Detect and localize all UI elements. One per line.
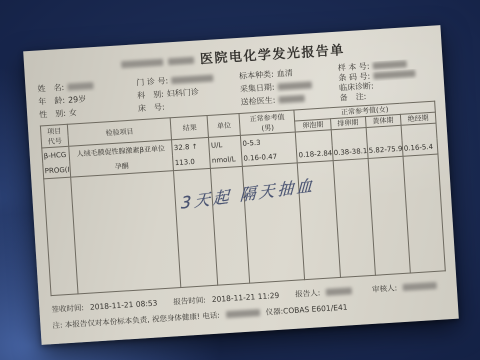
col-header-code-l2: 代号 xyxy=(43,135,67,146)
col-header-result: 结果 xyxy=(171,115,209,139)
cell-code: PROG(II) xyxy=(43,162,71,179)
sign-time-value: 2018-11-21 08:53 xyxy=(90,298,158,311)
header-col-sample: 样 本 号: 条 码 号: 临床诊断: 备 注: xyxy=(338,58,435,104)
redacted-sample-no xyxy=(372,60,406,69)
age-label: 年 龄: xyxy=(38,96,65,107)
reviewer-label: 审核人: xyxy=(372,282,398,295)
empty-cell xyxy=(403,154,445,273)
specimen-type-value: 血清 xyxy=(276,69,293,79)
redacted-collect-date xyxy=(277,81,311,90)
header-col-clinic: 门 诊 号: 科 别:妇科门诊 床 号: xyxy=(136,70,241,116)
redacted-clinic-no xyxy=(171,75,213,85)
reporter-label: 报告人: xyxy=(295,287,321,300)
empty-cell xyxy=(71,171,182,294)
dept-label: 科 别: xyxy=(137,90,164,101)
age-value: 29岁 xyxy=(68,95,87,105)
send-doctor-label: 送检医生: xyxy=(240,96,275,107)
redacted-barcode xyxy=(373,70,415,80)
instrument-label: 仪器:COBAS E601/E41 xyxy=(265,302,347,318)
redacted-reporter-name xyxy=(326,287,352,296)
redacted-phone xyxy=(226,309,260,318)
col-header-unit: 单位 xyxy=(208,113,241,137)
redacted-name-value xyxy=(67,82,93,91)
redacted-hospital-name-2 xyxy=(168,57,194,66)
collect-date-label: 采集日期: xyxy=(240,83,275,94)
report-time-value: 2018-11-21 11:29 xyxy=(212,291,280,304)
redacted-reviewer-name xyxy=(403,282,437,291)
bed-label: 床 号: xyxy=(138,103,165,114)
clinic-no-label: 门 诊 号: xyxy=(136,76,168,87)
remark-label: 备 注: xyxy=(339,92,366,103)
report-paper: 医院电化学发光报告单 姓 名: 年 龄:29岁 性 别:女 门 诊 号: 科 别… xyxy=(23,25,459,345)
col-header-code: 项目 代号 xyxy=(40,124,68,148)
sex-label: 性 别: xyxy=(39,109,66,120)
name-label: 姓 名: xyxy=(37,83,64,94)
header-col-specimen: 标本种类:血清 采集日期: 送检医生: xyxy=(239,64,340,110)
sex-value: 女 xyxy=(69,108,78,117)
cell-code: β-HCG xyxy=(42,146,70,163)
specimen-type-label: 标本种类: xyxy=(239,70,274,81)
redacted-send-doctor xyxy=(278,95,304,104)
empty-table-area xyxy=(44,154,446,296)
sign-time-label: 签收时间: xyxy=(51,302,84,315)
report-time-label: 报告时间: xyxy=(173,294,206,307)
dept-value: 妇科门诊 xyxy=(167,87,200,98)
redacted-hospital-name xyxy=(121,59,163,69)
photo-background: 医院电化学发光报告单 姓 名: 年 龄:29岁 性 别:女 门 诊 号: 科 别… xyxy=(0,0,480,360)
header-col-patient: 姓 名: 年 龄:29岁 性 别:女 xyxy=(37,76,138,122)
